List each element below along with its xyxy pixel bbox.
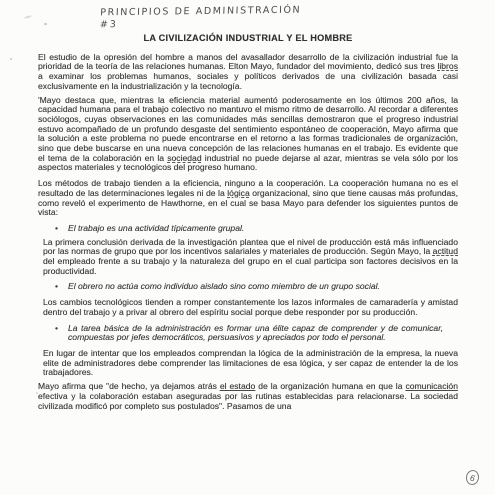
bullet-icon: • <box>55 324 68 343</box>
bullet-text: La tarea básica de la administración es … <box>68 324 443 343</box>
scan-artifact <box>24 15 32 19</box>
underlined-word: lógica <box>227 188 249 198</box>
page-title: LA CIVILIZACIÓN INDUSTRIAL Y EL HOMBRE <box>38 34 458 44</box>
paragraph-2: 'Mayo destaca que, mientras la eficienci… <box>38 96 458 174</box>
paragraph-text: efectiva y la colaboración estaban asegu… <box>38 391 458 411</box>
paragraph-text: de la organización humana en que la <box>255 381 405 391</box>
paragraph-7: Mayo afirma que "de hecho, ya dejamos at… <box>38 382 458 411</box>
paragraph-text: En lugar de intentar que los empleados c… <box>43 348 458 377</box>
paragraph-text: Mayo afirma que "de hecho, ya dejamos at… <box>38 381 220 391</box>
underlined-word: actitud <box>433 246 458 256</box>
bullet-text: El obrero no actúa como individuo aislad… <box>68 282 443 292</box>
paragraph-text: a examinar los problemas humanos, social… <box>38 71 458 91</box>
document-body: LA CIVILIZACIÓN INDUSTRIAL Y EL HOMBRE E… <box>38 34 458 415</box>
bullet-item-2: • El obrero no actúa como individuo aisl… <box>55 282 443 292</box>
underlined-word: sociedad <box>167 153 201 163</box>
bullet-item-1: • El trabajo es una actividad típicament… <box>55 224 443 234</box>
bullet-text: El trabajo es una actividad típicamente … <box>68 224 443 234</box>
paragraph-text: El estudio de la opresión del hombre a m… <box>38 52 458 72</box>
handwritten-annotation: PRINCIPIOS DE ADMINISTRACIÓN #3 <box>100 5 302 32</box>
paragraph-6: En lugar de intentar que los empleados c… <box>43 349 458 378</box>
bullet-item-3: • La tarea básica de la administración e… <box>55 324 443 343</box>
paragraph-1: El estudio de la opresión del hombre a m… <box>38 53 458 92</box>
scan-artifact <box>44 23 47 25</box>
page-number-badge: 6 <box>465 469 480 486</box>
bullet-icon: • <box>55 224 68 234</box>
paragraph-3: Los métodos de trabajo tienden a la efic… <box>38 179 458 218</box>
paragraph-4: La primera conclusión derivada de la inv… <box>43 238 458 277</box>
scan-artifact <box>10 58 12 60</box>
underlined-word: comunicación <box>405 381 458 391</box>
bullet-icon: • <box>55 282 68 292</box>
underlined-word: el estado <box>220 381 255 391</box>
paragraph-text: del empleado frente a su trabajo y la na… <box>43 256 458 276</box>
paragraph-text: La primera conclusión derivada de la inv… <box>43 237 458 257</box>
document-page: PRINCIPIOS DE ADMINISTRACIÓN #3 LA CIVIL… <box>0 0 495 495</box>
paragraph-text: Los cambios tecnológicos tienden a rompe… <box>43 297 458 317</box>
underlined-word: libros <box>437 61 458 71</box>
paragraph-5: Los cambios tecnológicos tienden a rompe… <box>43 298 458 317</box>
